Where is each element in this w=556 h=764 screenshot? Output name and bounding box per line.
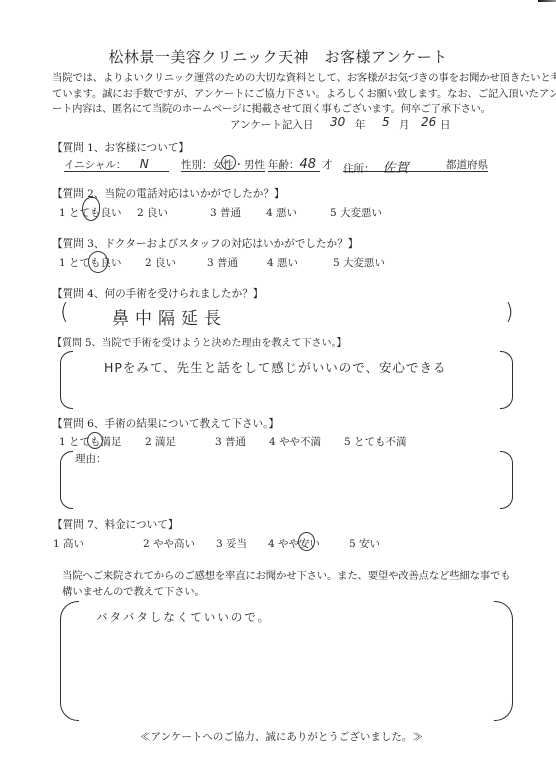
address-field[interactable]: 住所：佐賀 bbox=[343, 157, 446, 172]
q4-bracket-left: ( bbox=[60, 300, 69, 325]
q3-option-4[interactable]: 4 悪い bbox=[267, 255, 298, 270]
gender-selected-circle bbox=[221, 155, 236, 170]
q7-option-1[interactable]: 1 高い bbox=[53, 536, 84, 551]
q7-option-3[interactable]: 3 妥当 bbox=[216, 536, 247, 551]
q7-selected-circle bbox=[298, 532, 315, 551]
gender-option-male[interactable]: 男性 bbox=[244, 159, 265, 171]
q7-option-2[interactable]: 2 やや高い bbox=[143, 536, 195, 551]
q3-header: 【質問 3、ドクターおよびスタッフの対応はいかがでしたか？】 bbox=[52, 236, 358, 251]
q2-option-3[interactable]: 3 普通 bbox=[210, 205, 241, 220]
q5-box-right bbox=[500, 351, 513, 409]
intro-line-2: ています。誠にお手数ですが、アンケートにご協力下さい。よろしくお願い致します。な… bbox=[52, 85, 556, 100]
comments-prompt-2: 構いませんので教えて下さい。 bbox=[62, 583, 205, 598]
date-year-value[interactable]: 30 bbox=[330, 115, 345, 129]
q3-selected-circle bbox=[88, 251, 108, 273]
q7-option-5[interactable]: 5 安い bbox=[349, 536, 380, 551]
footer-thanks: ≪アンケートへのご協力、誠にありがとうございました。≫ bbox=[140, 729, 423, 744]
intro-line-1: 当院では、よりよいクリニック運営のための大切な資料として、お客様がお気づきの事を… bbox=[52, 69, 556, 84]
q6-box-left bbox=[60, 451, 73, 509]
q6-option-2[interactable]: 2 満足 bbox=[145, 434, 176, 449]
q3-option-2[interactable]: 2 良い bbox=[145, 255, 176, 270]
intro-line-3: ート内容は、匿名にて当院のホームページに掲載させて頂く事もございます。何卒ご了承… bbox=[52, 100, 491, 115]
address-value: 佐賀 bbox=[383, 161, 409, 176]
date-day-value[interactable]: 26 bbox=[421, 115, 436, 129]
address-unit: 都道府県 bbox=[446, 157, 488, 172]
q5-box-left bbox=[60, 351, 73, 409]
age-value: 48 bbox=[300, 157, 317, 172]
q2-selected-circle bbox=[82, 197, 100, 221]
q6-header: 【質問 6、手術の結果について教えて下さい。】 bbox=[52, 416, 279, 431]
date-month-unit: 月 bbox=[399, 117, 410, 132]
q6-option-5[interactable]: 5 とても不満 bbox=[344, 434, 407, 449]
gender-label: 性別： bbox=[181, 159, 213, 171]
age-label: 年齢： bbox=[268, 159, 300, 171]
date-day-unit: 日 bbox=[440, 117, 451, 132]
comments-box-right bbox=[494, 601, 513, 721]
date-year-unit: 年 bbox=[355, 117, 366, 132]
q6-reason-label: 理由： bbox=[75, 451, 107, 466]
q3-option-3[interactable]: 3 普通 bbox=[207, 255, 238, 270]
q1-header: 【質問 1、お客様について】 bbox=[52, 140, 189, 155]
q6-selected-circle bbox=[87, 432, 103, 449]
q4-header: 【質問 4、何の手術を受けられましたか？】 bbox=[52, 286, 263, 301]
comments-prompt-1: 当院へご来院されてからのご感想を率直にお聞かせ下さい。また、要望や改善点など些細… bbox=[62, 567, 510, 582]
age-field[interactable]: 年齢：48 bbox=[268, 157, 320, 172]
q6-box-right bbox=[500, 451, 513, 509]
q6-option-4[interactable]: 4 やや不満 bbox=[269, 434, 321, 449]
age-unit: 才 bbox=[322, 157, 333, 172]
q5-header: 【質問 5、当院で手術を受けようと決めた理由を教えて下さい。】 bbox=[52, 334, 347, 349]
q3-option-5[interactable]: 5 大変悪い bbox=[333, 255, 385, 270]
q4-answer[interactable]: 鼻中隔延長 bbox=[112, 304, 227, 329]
date-label: アンケート記入日 bbox=[230, 117, 313, 132]
initial-label: イニシャル： bbox=[64, 159, 126, 171]
q5-answer[interactable]: HPをみて、先生と話をして感じがいいので、安心できる bbox=[104, 358, 446, 376]
address-label: 住所： bbox=[343, 163, 375, 175]
q6-option-3[interactable]: 3 普通 bbox=[215, 434, 246, 449]
comments-answer[interactable]: バタバタしなくていいので。 bbox=[96, 609, 271, 625]
q4-bracket-right: ) bbox=[505, 300, 514, 325]
q2-option-4[interactable]: 4 悪い bbox=[266, 205, 297, 220]
date-month-value[interactable]: 5 bbox=[382, 115, 390, 129]
q6-reason-input[interactable] bbox=[110, 451, 490, 503]
comments-box-left bbox=[60, 601, 79, 721]
initial-value: N bbox=[140, 157, 149, 171]
q7-header: 【質問 7、料金について】 bbox=[52, 517, 178, 532]
initial-field[interactable]: イニシャル： N bbox=[64, 157, 169, 172]
page-title: 松林景一美容クリニック天神 お客様アンケート bbox=[0, 46, 556, 67]
q2-option-2[interactable]: 2 良い bbox=[137, 205, 168, 220]
scan-edge-mark bbox=[538, 0, 556, 2]
q2-option-5[interactable]: 5 大変悪い bbox=[330, 205, 382, 220]
